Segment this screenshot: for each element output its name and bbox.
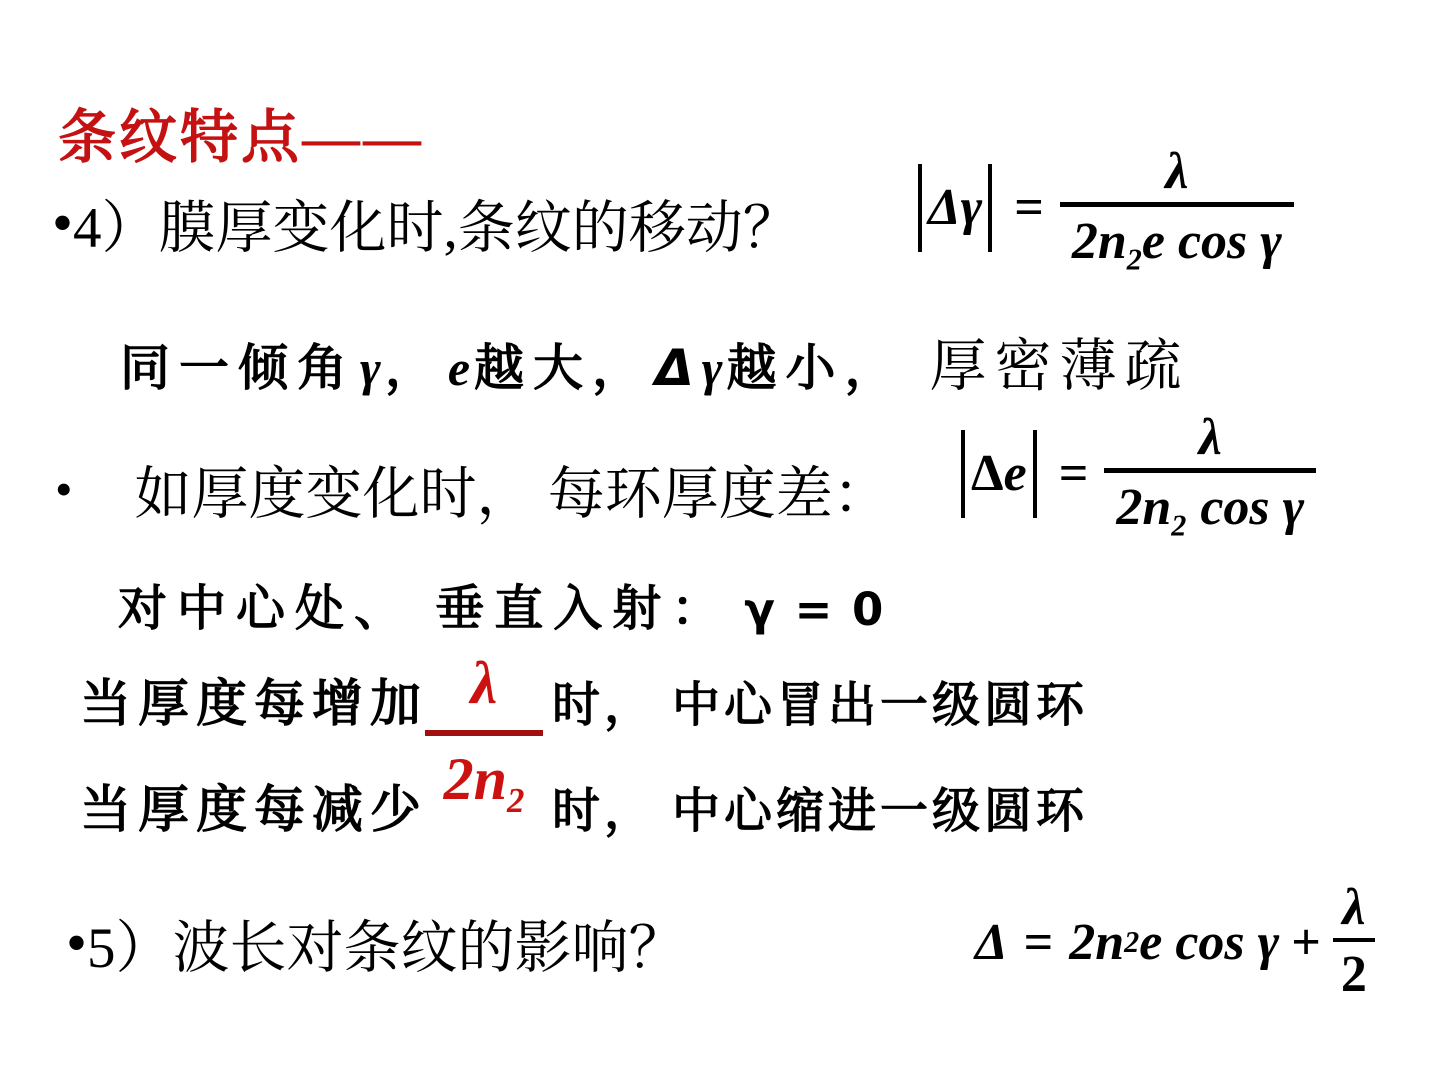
formula-dgamma-lhs: Δγ <box>928 178 982 237</box>
red-fraction-bar <box>425 730 543 736</box>
bullet-dot: • <box>66 913 87 973</box>
bullet-item-5: • 5）波长对条纹的影响？ <box>66 902 686 984</box>
gamma-symbol: γ <box>356 339 385 397</box>
bullet-dot: • <box>55 464 73 514</box>
delta-symbol: Δ <box>651 339 698 397</box>
line-increase-tail: 时， 中心冒出一级圆环 <box>552 666 1088 735</box>
formula-optical-path: Δ = 2n2e cos γ + λ 2 <box>975 878 1375 1007</box>
equals-sign: = <box>1024 913 1054 972</box>
bullet-dot: • <box>52 193 73 253</box>
e-symbol: e <box>444 339 474 397</box>
bullet-item-thickness: • 如厚度变化时， 每环厚度差： <box>55 448 890 530</box>
slide-canvas: 条纹特点—— • 4）膜厚变化时,条纹的移动？ Δγ = λ 2n2e cos … <box>0 0 1440 1080</box>
note1-part2: ， <box>385 328 444 400</box>
fraction-denominator: 2 <box>1333 938 1375 1007</box>
fraction: λ 2n2e cos γ <box>1060 142 1294 274</box>
abs-bar-left <box>918 164 922 252</box>
gamma-equals-zero: γ = 0 <box>744 583 885 636</box>
red-den-coef: 2n <box>444 746 507 812</box>
body-rest: e cos γ <box>1139 913 1279 972</box>
formula-total-lhs: Δ <box>975 913 1008 972</box>
fraction-numerator: λ <box>1334 878 1373 938</box>
gamma-symbol: γ <box>698 339 727 397</box>
den-rest: e cos γ <box>1142 213 1282 270</box>
item-e-label: 如厚度变化时， 每环厚度差： <box>135 448 890 530</box>
item4-label: 4）膜厚变化时,条纹的移动？ <box>73 182 800 264</box>
note1-conclusion: 厚密薄疏 <box>930 320 1190 402</box>
den-subscript: 2 <box>1127 242 1142 276</box>
fraction-denominator: 2n2e cos γ <box>1060 202 1294 274</box>
fraction: λ 2n2cos γ <box>1104 408 1316 540</box>
note-same-inclination: 同一倾角 γ ， e 越大， Δ γ 越小， 厚密薄疏 <box>120 320 1190 402</box>
body-coef: 2n <box>1069 913 1124 972</box>
line-decrease-tail: 时， 中心缩进一级圆环 <box>552 772 1088 841</box>
slide-title: 条纹特点—— <box>58 90 424 174</box>
equals-sign: = <box>1014 178 1044 237</box>
note1-part1: 同一倾角 <box>120 328 356 400</box>
red-fraction-denominator: 2n2 <box>444 746 525 812</box>
red-wavelength-fraction: λ 2n2 <box>420 650 548 812</box>
line-increase-lead: 当厚度每增加 <box>80 662 428 736</box>
formula-de-var: e <box>1004 444 1027 503</box>
fraction-denominator: 2n2cos γ <box>1104 468 1316 540</box>
formula-de-delta: Δ <box>971 444 1004 503</box>
fraction: λ 2 <box>1333 878 1375 1007</box>
abs-bar-right <box>988 164 992 252</box>
den-subscript: 2 <box>1171 508 1186 542</box>
note-center-normal-incidence: 对中心处、 垂直入射： γ = 0 <box>118 570 885 640</box>
red-fraction-numerator: λ <box>471 650 498 716</box>
line-decrease-lead: 当厚度每减少 <box>80 768 428 842</box>
fraction-numerator: λ <box>1151 142 1202 202</box>
formula-delta-e: Δ e = λ 2n2cos γ <box>955 408 1316 540</box>
den-coef: 2n <box>1116 479 1171 536</box>
note1-part3: 越大， <box>474 328 651 400</box>
abs-bar-right <box>1033 430 1037 518</box>
den-coef: 2n <box>1072 213 1127 270</box>
red-den-subscript: 2 <box>507 781 524 820</box>
note1-part4: 越小， <box>727 328 904 400</box>
den-rest: cos γ <box>1200 479 1304 536</box>
abs-bar-left <box>961 430 965 518</box>
bullet-item-4: • 4）膜厚变化时,条纹的移动？ <box>52 182 800 264</box>
fraction-numerator: λ <box>1185 408 1236 468</box>
plus-sign: + <box>1291 913 1321 972</box>
formula-delta-gamma: Δγ = λ 2n2e cos γ <box>912 142 1294 274</box>
equals-sign: = <box>1059 444 1089 503</box>
item5-label: 5）波长对条纹的影响？ <box>87 902 686 984</box>
note2-lead: 对中心处、 垂直入射： <box>118 570 730 640</box>
